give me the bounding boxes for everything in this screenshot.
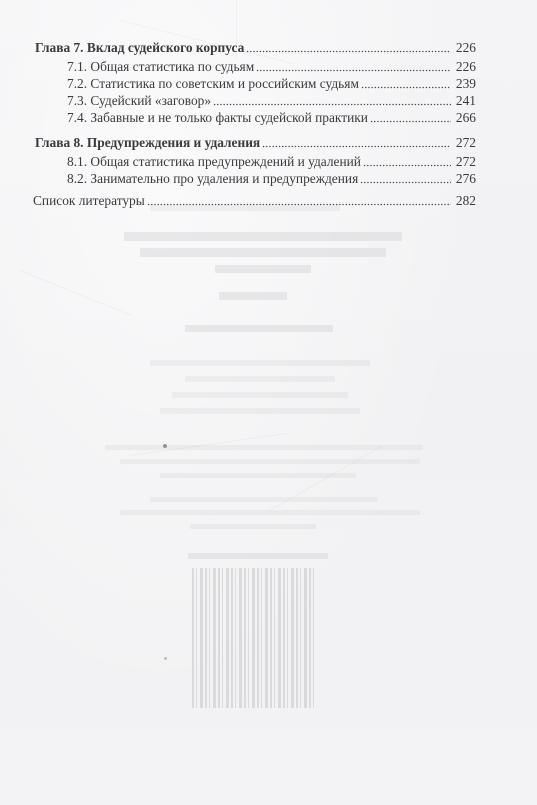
page-number: 272 <box>452 134 476 151</box>
toc-section-8-1[interactable]: 8.1. Общая статистика предупреждений и у… <box>67 153 476 170</box>
section-title: 8.1. Общая статистика предупреждений и у… <box>67 153 362 170</box>
page-number: 272 <box>452 153 476 170</box>
toc-section-7-1[interactable]: 7.1. Общая статистика по судьям 226 <box>67 58 476 75</box>
bleed-through-text <box>120 459 420 464</box>
bleed-through-text <box>215 265 311 273</box>
toc-section-7-3[interactable]: 7.3. Судейский «заговор» 241 <box>67 92 476 109</box>
toc-bibliography[interactable]: Список литературы 282 <box>33 192 476 209</box>
book-page: Глава 7. Вклад судейского корпуса 226 7.… <box>0 0 537 805</box>
dot-leader <box>262 136 451 148</box>
section-title: 7.4. Забавные и не только факты судейско… <box>67 109 369 126</box>
section-title: 7.1. Общая статистика по судьям <box>67 58 255 75</box>
toc-section-7-4[interactable]: 7.4. Забавные и не только факты судейско… <box>67 109 476 126</box>
toc-section-7-2[interactable]: 7.2. Статистика по советским и российски… <box>67 75 476 92</box>
dot-leader <box>147 194 451 206</box>
paper-speck <box>163 444 167 448</box>
dot-leader <box>360 172 451 184</box>
paper-crease <box>20 270 132 316</box>
toc-chapter-8[interactable]: Глава 8. Предупреждения и удаления 272 <box>35 134 476 151</box>
bleed-through-text <box>185 325 333 332</box>
section-title: 7.3. Судейский «заговор» <box>67 92 212 109</box>
page-number: 282 <box>452 192 476 209</box>
chapter-title: Глава 7. Вклад судейского корпуса <box>35 39 245 56</box>
paper-speck <box>164 657 167 660</box>
bleed-through-text <box>140 248 386 257</box>
dot-leader <box>363 155 451 167</box>
dot-leader <box>213 94 451 106</box>
page-number: 241 <box>452 92 476 109</box>
dot-leader <box>256 60 451 72</box>
bleed-through-barcode <box>192 568 316 708</box>
dot-leader <box>246 41 451 53</box>
section-title: 7.2. Статистика по советским и российски… <box>67 75 360 92</box>
bleed-through-text <box>160 473 356 478</box>
page-number: 276 <box>452 170 476 187</box>
bleed-through-text <box>150 360 370 366</box>
dot-leader <box>370 111 451 123</box>
bleed-through-text <box>190 524 316 529</box>
bleed-through-text <box>219 292 287 300</box>
bibliography-title: Список литературы <box>33 192 146 209</box>
page-number: 226 <box>452 39 476 56</box>
chapter-title: Глава 8. Предупреждения и удаления <box>35 134 261 151</box>
toc-chapter-7[interactable]: Глава 7. Вклад судейского корпуса 226 <box>35 39 476 56</box>
bleed-through-text <box>150 497 378 502</box>
bleed-through-text <box>124 232 402 241</box>
page-number: 266 <box>452 109 476 126</box>
bleed-through-text <box>120 510 420 515</box>
toc-section-8-2[interactable]: 8.2. Занимательно про удаления и предупр… <box>67 170 476 187</box>
bleed-through-text <box>160 408 360 414</box>
bleed-through-text <box>188 553 328 559</box>
bleed-through-text <box>105 445 423 450</box>
dot-leader <box>361 77 451 89</box>
section-title: 8.2. Занимательно про удаления и предупр… <box>67 170 359 187</box>
bleed-through-text <box>172 392 348 398</box>
page-number: 226 <box>452 58 476 75</box>
bleed-through-text <box>185 376 335 382</box>
page-number: 239 <box>452 75 476 92</box>
